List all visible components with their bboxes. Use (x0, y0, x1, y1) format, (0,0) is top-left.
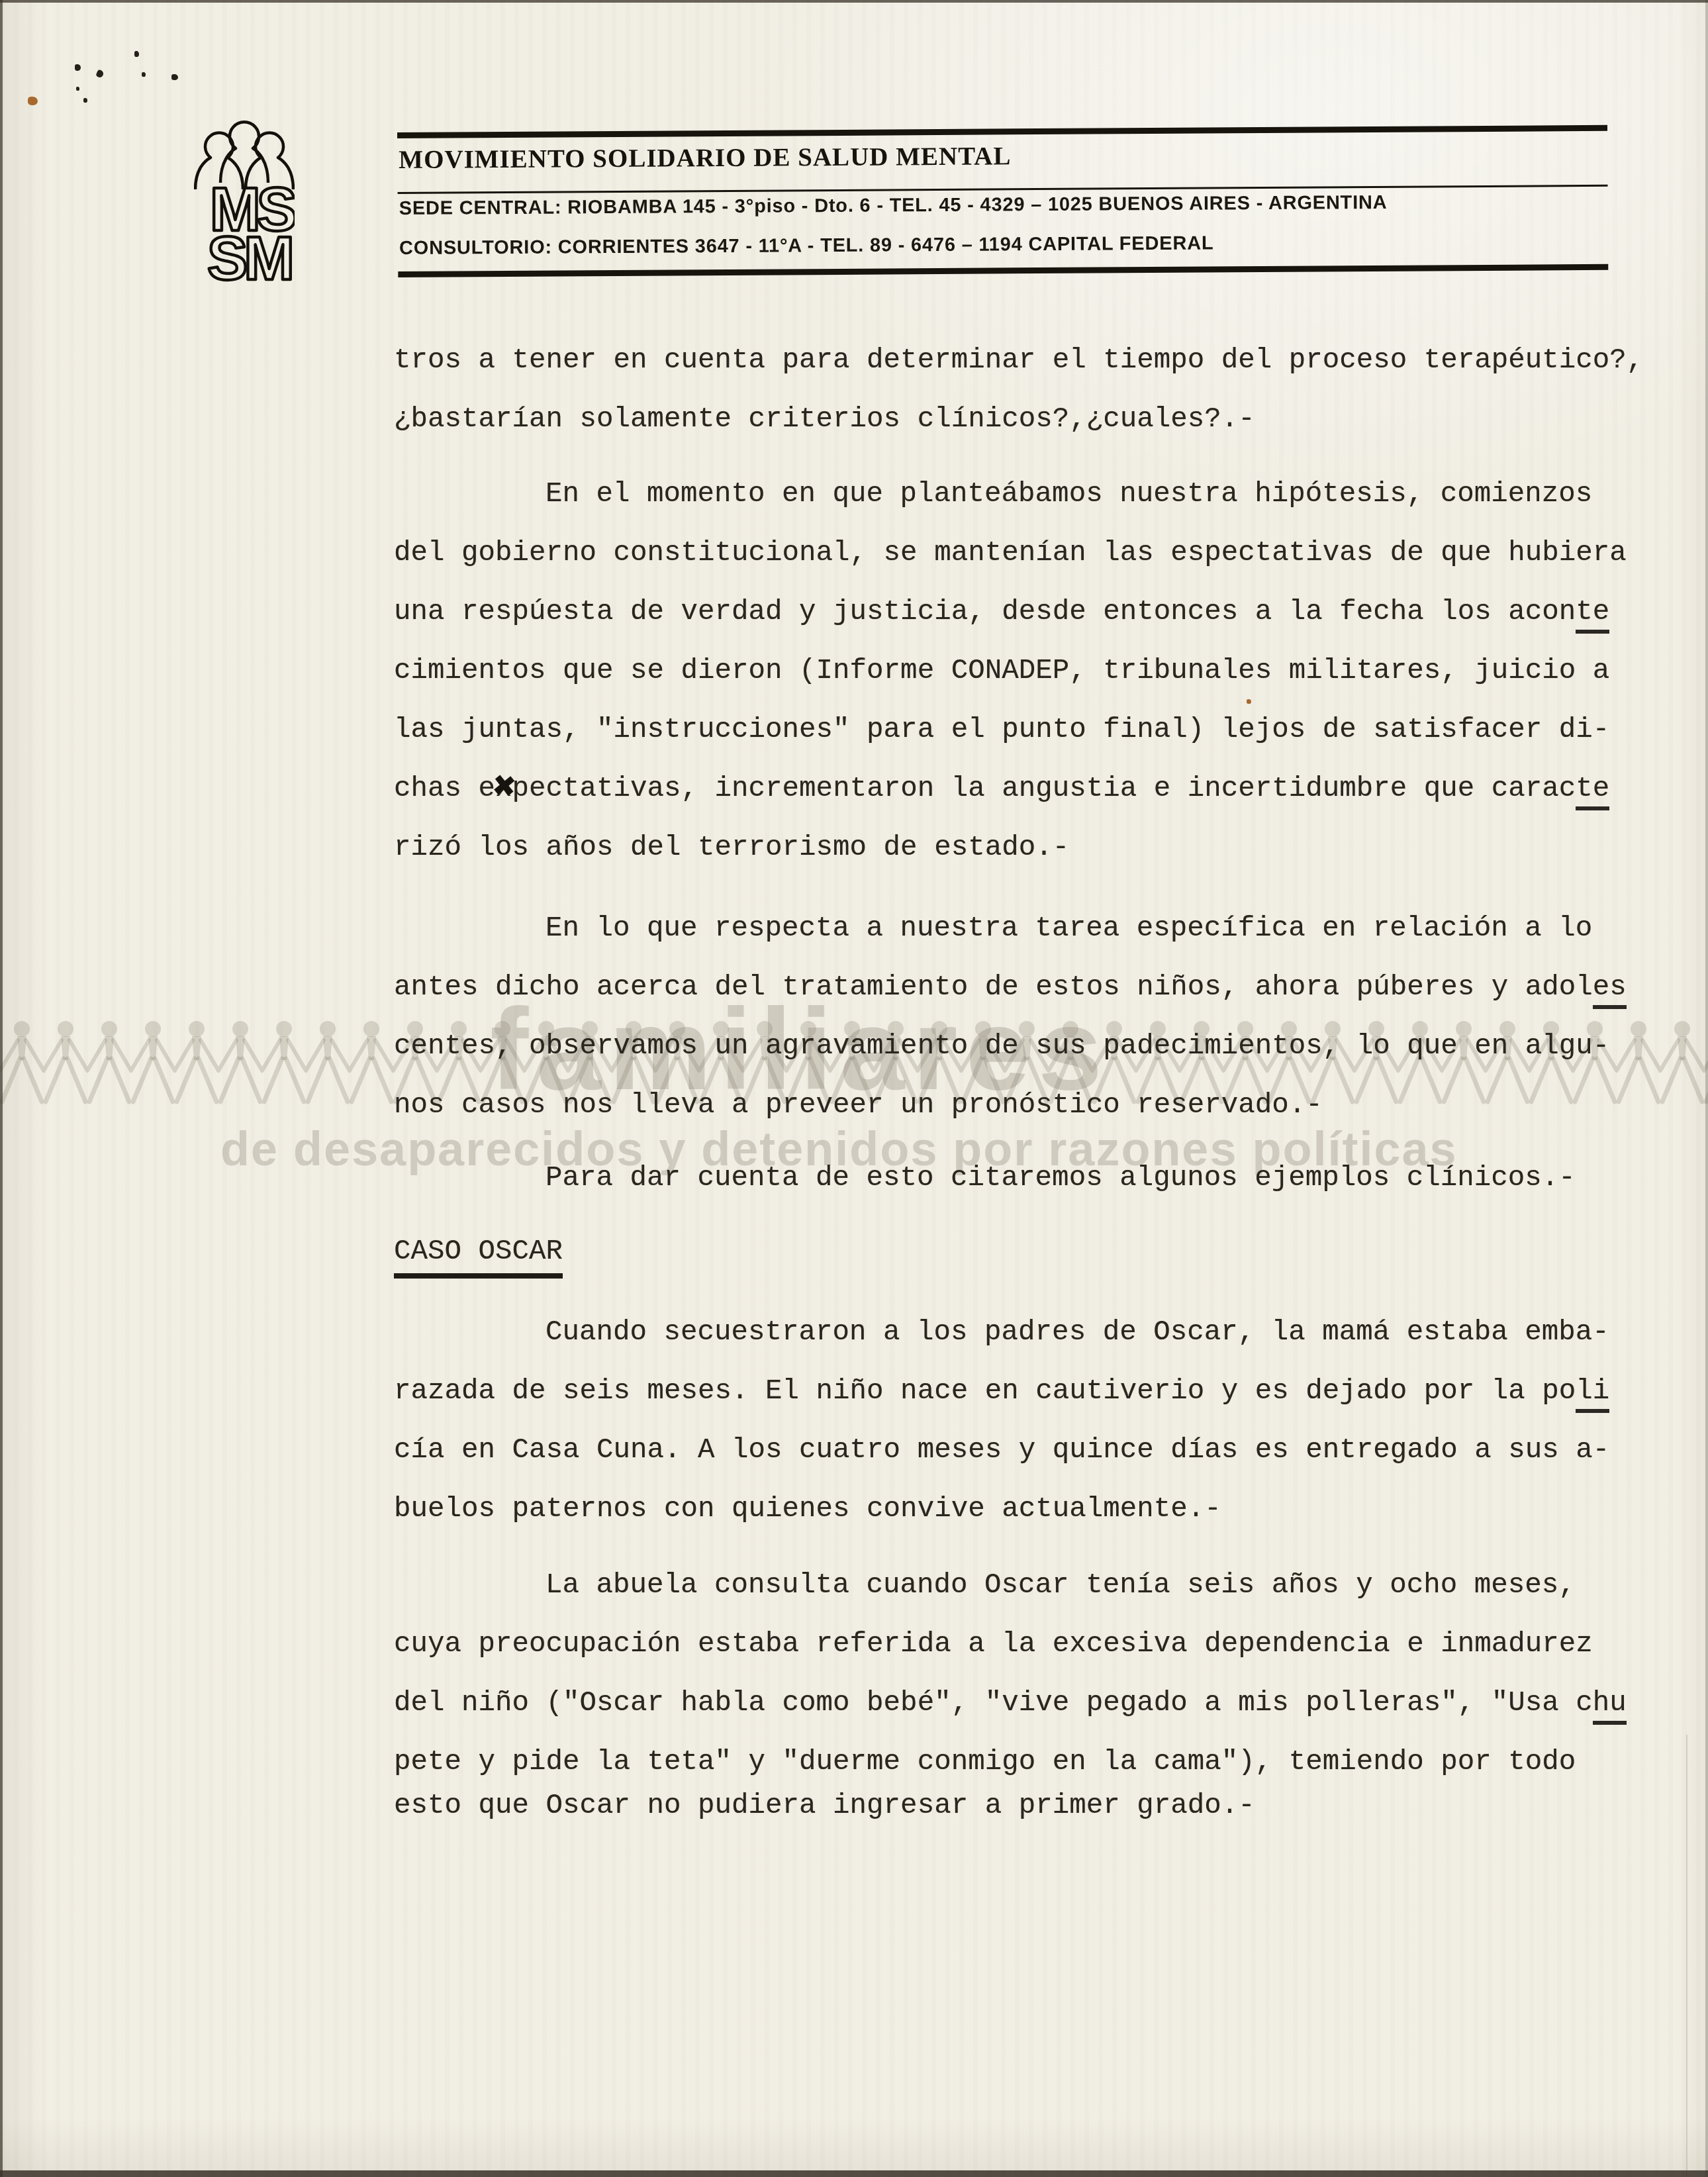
typed-line: del niño ("Oscar habla como bebé", "vive… (394, 1674, 1672, 1733)
typed-line: cimientos que se dieron (Informe CONADEP… (394, 642, 1672, 701)
overstruck-char: x✖ (495, 773, 512, 805)
logo-letters-top: MS (210, 176, 295, 244)
mssm-logo-icon: MS SM (194, 117, 295, 282)
typed-line: antes dicho acerca del tratamiento de es… (394, 958, 1672, 1017)
line-text: del gobierno constitucional, se mantenía… (394, 537, 1627, 569)
paragraph-1: tros a tener en cuenta para determinar e… (394, 331, 1672, 449)
watermark-word-familiares: familiares (490, 992, 1110, 1108)
paper-speck (171, 74, 178, 80)
line-text: cía en Casa Cuna. A los cuatro meses y q… (394, 1434, 1609, 1466)
continuation-underline: hu (1593, 1687, 1627, 1725)
typed-line: del gobierno constitucional, se mantenía… (394, 524, 1672, 583)
line-text: esto que Oscar no pudiera ingresar a pri… (394, 1790, 1255, 1821)
strikeout-x-icon: ✖ (490, 769, 518, 804)
address-line-2: CONSULTORIO: CORRIENTES 3647 - 11°A - TE… (399, 234, 1213, 258)
case-title: CASO OSCAR (394, 1235, 563, 1279)
line-text: una respúesta de verdad y justicia, desd… (394, 596, 1576, 628)
typed-line: CASO OSCAR (394, 1222, 1672, 1281)
typed-line: pete y pide la teta" y "duerme conmigo e… (394, 1733, 1672, 1792)
continuation-underline: te (1576, 773, 1609, 810)
logo-figure-left (195, 133, 243, 189)
organization-name: MOVIMIENTO SOLIDARIO DE SALUD MENTAL (399, 143, 1011, 173)
typed-line: ¿bastarían solamente criterios clínicos?… (394, 390, 1672, 449)
typed-line: centes, observamos un agravamiento de su… (394, 1017, 1672, 1076)
case-heading: CASO OSCAR (394, 1222, 1672, 1281)
paragraph-3: En lo que respecta a nuestra tarea espec… (394, 899, 1672, 1135)
typed-line: cuya preocupación estaba referida a la e… (394, 1615, 1672, 1674)
typed-line: una respúesta de verdad y justicia, desd… (394, 583, 1672, 642)
line-text: rizó los años del terrorismo de estado.- (394, 832, 1069, 863)
line-text: Para dar cuenta de esto citaremos alguno… (546, 1162, 1576, 1194)
intro-line: Para dar cuenta de esto citaremos alguno… (394, 1149, 1672, 1208)
line-text: razada de seis meses. El niño nace en ca… (394, 1375, 1576, 1407)
line-text: antes dicho acerca del tratamiento de es… (394, 971, 1593, 1003)
paper-speck (134, 51, 139, 57)
line-text: La abuela consulta cuando Oscar tenía se… (546, 1569, 1576, 1601)
letterhead-rule-top (397, 125, 1607, 138)
scan-edge-top (0, 0, 1708, 3)
watermark-subtitle: de desaparecidos y detenidos por razones… (220, 1126, 1458, 1173)
line-text: En lo que respecta a nuestra tarea espec… (546, 912, 1592, 944)
typed-line: Cuando secuestraron a los padres de Osca… (394, 1303, 1672, 1362)
typed-line: las juntas, "instrucciones" para el punt… (394, 701, 1672, 759)
continuation-underline: li (1576, 1375, 1609, 1413)
paper-speck (142, 72, 146, 77)
typed-line: Para dar cuenta de esto citaremos alguno… (394, 1149, 1672, 1208)
document-content: MOVIMIENTO SOLIDARIO DE SALUD MENTAL SED… (0, 0, 1708, 2177)
typed-line: buelos paternos con quienes convive actu… (394, 1480, 1672, 1539)
paper-speck (83, 98, 87, 103)
scan-edges (0, 0, 1708, 2177)
line-text: centes, observamos un agravamiento de su… (394, 1030, 1609, 1062)
logo-figure-center (220, 122, 268, 183)
paper-speck (95, 69, 105, 78)
continuation-underline: es (1593, 971, 1627, 1009)
line-text: tros a tener en cuenta para determinar e… (394, 344, 1643, 376)
line-text: las juntas, "instrucciones" para el punt… (394, 714, 1609, 746)
typed-line: esto que Oscar no pudiera ingresar a pri… (394, 1776, 1672, 1835)
typed-line: La abuela consulta cuando Oscar tenía se… (394, 1556, 1672, 1615)
line-text: chas e (394, 773, 495, 804)
line-text: pete y pide la teta" y "duerme conmigo e… (394, 1746, 1576, 1778)
caso-oscar-paragraph-1: Cuando secuestraron a los padres de Osca… (394, 1303, 1672, 1539)
scanned-document-page: { "letterhead": { "org_name": "MOVIMIENT… (0, 0, 1708, 2177)
line-text: buelos paternos con quienes convive actu… (394, 1493, 1221, 1525)
typed-line: cía en Casa Cuna. A los cuatro meses y q… (394, 1421, 1672, 1480)
paper-speck (28, 97, 38, 105)
paragraph-2: En el momento en que planteábamos nuestr… (394, 465, 1672, 877)
scan-edge-bottom (0, 2170, 1708, 2177)
typed-line: chas ex✖pectativas, incrementaron la ang… (394, 759, 1672, 818)
line-text: cuya preocupación estaba referida a la e… (394, 1628, 1593, 1660)
line-text: nos casos nos lleva a preveer un pronóst… (394, 1089, 1323, 1121)
letterhead-rule-middle (398, 185, 1608, 194)
logo-figure-right (246, 133, 293, 189)
typed-line: En lo que respecta a nuestra tarea espec… (394, 899, 1672, 958)
typed-line: tros a tener en cuenta para determinar e… (394, 331, 1672, 390)
line-text: del niño ("Oscar habla como bebé", "vive… (394, 1687, 1593, 1719)
logo-letters-bottom: SM (207, 225, 291, 282)
line-text: cimientos que se dieron (Informe CONADEP… (394, 655, 1609, 687)
typed-line: rizó los años del terrorismo de estado.- (394, 818, 1672, 877)
scan-edge-left (0, 0, 3, 2177)
paper-doll-chain-icon (0, 1018, 1708, 1118)
scan-edge-right (1705, 0, 1708, 2177)
typed-line: razada de seis meses. El niño nace en ca… (394, 1362, 1672, 1421)
address-line-1: SEDE CENTRAL: RIOBAMBA 145 - 3°piso - Dt… (399, 193, 1388, 218)
watermark-layer: familiares de desaparecidos y detenidos … (0, 0, 1708, 2177)
continuation-underline: te (1576, 596, 1609, 634)
line-text: pectativas, incrementaron la angustia e … (512, 773, 1576, 804)
letterhead-rule-bottom (398, 264, 1608, 277)
struck-letter: x (495, 773, 512, 804)
paper-speck (75, 64, 81, 71)
line-text: Cuando secuestraron a los padres de Osca… (546, 1316, 1609, 1348)
line-text: En el momento en que planteábamos nuestr… (546, 478, 1592, 510)
paper-crease (1686, 1735, 1687, 2177)
typed-line: En el momento en que planteábamos nuestr… (394, 465, 1672, 524)
paper-speck (76, 87, 79, 91)
paper-texture (0, 0, 1708, 2177)
caso-oscar-paragraph-2: La abuela consulta cuando Oscar tenía se… (394, 1556, 1672, 1835)
line-text: ¿bastarían solamente criterios clínicos?… (394, 403, 1255, 435)
typed-line: nos casos nos lleva a preveer un pronóst… (394, 1076, 1672, 1135)
paper-speck (1247, 699, 1251, 704)
